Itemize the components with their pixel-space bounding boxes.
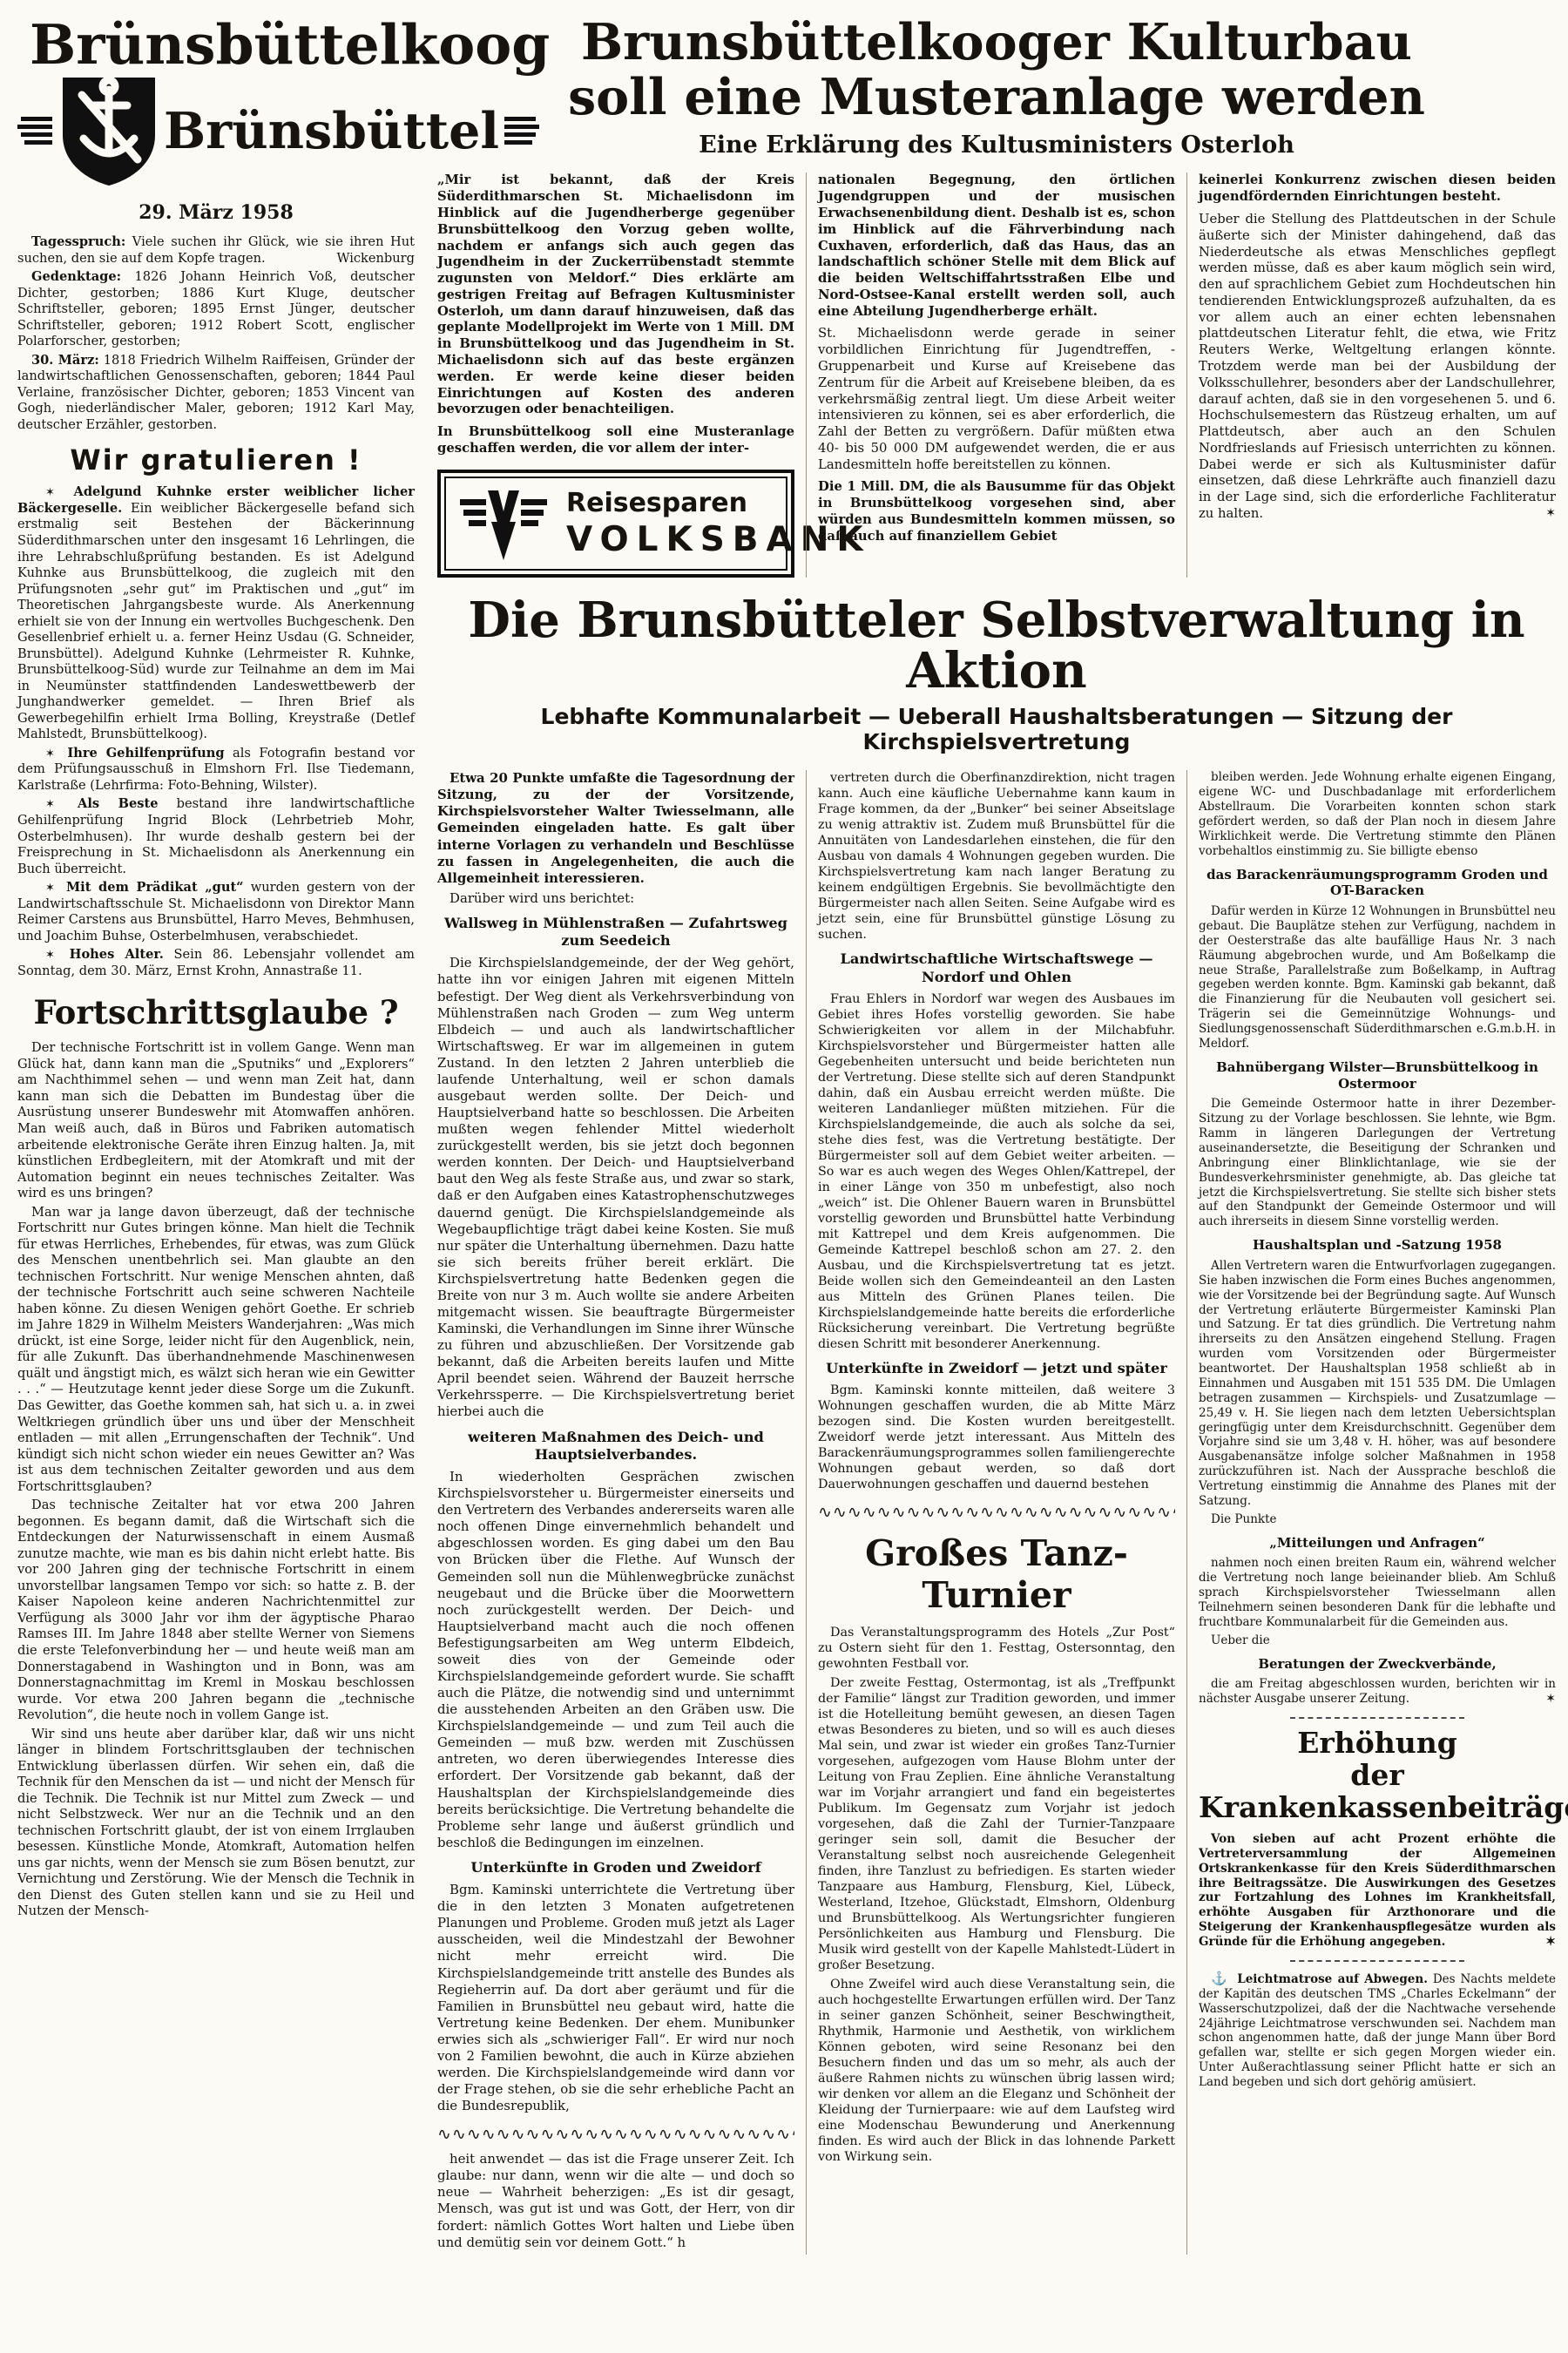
- section-heading-wirtschaftswege: Landwirtschaftliche Wirtschaftswege — No…: [823, 950, 1170, 986]
- article1-paragraph: „Mir ist bekannt, daß der Kreis Süderdit…: [437, 172, 794, 418]
- crest-shield-anchor-icon: [57, 74, 160, 187]
- article2-paragraph: Bgm. Kaminski konnte mitteilen, daß weit…: [818, 1383, 1175, 1492]
- fortschritt-paragraph: Wir sind uns heute aber darüber klar, da…: [17, 1727, 415, 1920]
- article1-paragraph: Die 1 Mill. DM, die als Bausumme für das…: [818, 479, 1175, 544]
- article1-paragraph: Ueber die Stellung des Plattdeutschen in…: [1199, 212, 1556, 523]
- gratulieren-item: ✶ Mit dem Prädikat „gut“ wurden gestern …: [17, 880, 415, 944]
- dashed-divider: [1290, 1960, 1464, 1962]
- section-heading-zweckverbaende: Beratungen der Zweckverbände,: [1204, 1656, 1551, 1673]
- article2-paragraph: nahmen noch einen breiten Raum ein, währ…: [1199, 1556, 1556, 1629]
- tagesspruch-author: Wickenburg: [322, 251, 415, 267]
- main-area: Brunsbüttelkooger Kulturbau soll eine Mu…: [437, 16, 1556, 2255]
- tanz-paragraph: Das Veranstaltungsprogramm des Hotels „Z…: [818, 1625, 1175, 1672]
- masthead: Brünsbüttelkoog: [17, 17, 415, 187]
- article1-paragraph: St. Michaelisdonn werde gerade in seiner…: [818, 326, 1175, 473]
- article2-col1: Etwa 20 Punkte umfaßte die Tagesordnung …: [437, 770, 806, 2254]
- section-heading-groden-zweidorf: Unterkünfte in Groden und Zweidorf: [443, 1859, 789, 1876]
- article2-headline: Die Brunsbütteler Selbstverwaltung in Ak…: [437, 595, 1556, 698]
- tanz-paragraph: Ohne Zweifel wird auch diese Veranstaltu…: [818, 1977, 1175, 2165]
- article1-paragraph: In Brunsbüttelkoog soll eine Musteranlag…: [437, 424, 794, 457]
- article1-col3: keinerlei Konkurrenz zwischen diesen bei…: [1186, 172, 1556, 577]
- tagesspruch-label: Tagesspruch:: [31, 234, 125, 249]
- article2-subheadline: Lebhafte Kommunalarbeit — Ueberall Haush…: [437, 704, 1556, 754]
- heading-krankenkassen: Erhöhung der Krankenkassenbeiträge: [1199, 1728, 1556, 1824]
- article2-col2: vertreten durch die Oberfinanzdirektion,…: [806, 770, 1186, 2254]
- krankenkassen-paragraph: Von sieben auf acht Prozent erhöhte die …: [1199, 1832, 1556, 1950]
- section-heading-bahnuebergang: Bahnübergang Wilster—Brunsbüttelkoog in …: [1204, 1059, 1551, 1092]
- section-heading-zweidorf: Unterkünfte in Zweidorf — jetzt und spät…: [823, 1360, 1170, 1377]
- article-end-star-icon: ✶: [1545, 506, 1556, 522]
- fortschritt-paragraph: Man war ja lange davon überzeugt, daß de…: [17, 1205, 415, 1496]
- gratulieren-item: ✶ Ihre Gehilfenprüfung als Fotografin be…: [17, 746, 415, 794]
- article2-paragraph: Die Gemeinde Ostermoor hatte in ihrer De…: [1199, 1097, 1556, 1229]
- star-icon: ✶: [31, 747, 55, 762]
- wave-divider: ∿∿∿∿∿∿∿∿∿∿∿∿∿∿∿∿∿∿∿∿∿∿∿∿∿∿∿∿∿∿∿∿: [818, 1503, 1175, 1522]
- gedenktage: Gedenktage: 1826 Johann Heinrich Voß, de…: [17, 269, 415, 350]
- flourish-left-icon: [17, 112, 54, 150]
- article1-columns: „Mir ist bekannt, daß der Kreis Süderdit…: [437, 172, 1556, 577]
- heading-fortschrittsglaube: Fortschrittsglaube ?: [17, 993, 415, 1031]
- volksbank-v-logo-icon: [458, 487, 549, 560]
- anchor-icon: ⚓: [1211, 1971, 1228, 1986]
- fortschritt-paragraph: Das technische Zeitalter hat vor etwa 20…: [17, 1498, 415, 1723]
- article2-paragraph: Allen Vertretern waren die Entwurfvorlag…: [1199, 1259, 1556, 1509]
- tagesspruch: Tagesspruch: Viele suchen ihr Glück, wie…: [17, 234, 415, 267]
- heading-tanz-turnier: Großes Tanz-Turnier: [818, 1532, 1175, 1616]
- issue-date: 29. März 1958: [17, 201, 415, 224]
- article2-note: Die Punkte: [1199, 1512, 1556, 1527]
- gratulieren-item: ✶ Hohes Alter. Sein 86. Lebensjahr volle…: [17, 947, 415, 979]
- article2-paragraph: In wiederholten Gesprächen zwischen Kirc…: [437, 1469, 794, 1851]
- gratulieren-item: ✶ Als Beste bestand ihre landwirtschaftl…: [17, 796, 415, 877]
- article2-note: Ueber die: [1199, 1633, 1556, 1648]
- section-heading-haushaltsplan: Haushaltsplan und -Satzung 1958: [1204, 1237, 1551, 1254]
- article1-paragraph: nationalen Begegnung, den örtlichen Juge…: [818, 172, 1175, 320]
- newspaper-page: Brünsbüttelkoog: [0, 0, 1568, 2353]
- masthead-title-line1: Brünsbüttelkoog: [17, 17, 415, 72]
- article-end-star-icon: ✶: [1533, 1935, 1556, 1951]
- article1-subheadline: Eine Erklärung des Kultusministers Oster…: [437, 132, 1556, 159]
- article2-paragraph: Bgm. Kaminski unterrichtete die Vertretu…: [437, 1882, 794, 2114]
- gedenktage-label: Gedenktage:: [31, 269, 121, 284]
- article2-paragraph: Frau Ehlers in Nordorf war wegen des Aus…: [818, 991, 1175, 1352]
- fortschritt-continuation: heit anwendet — das ist die Frage unsere…: [437, 2151, 794, 2250]
- article2-paragraph: die am Freitag abgeschlossen wurden, ber…: [1199, 1677, 1556, 1707]
- wave-divider: ∿∿∿∿∿∿∿∿∿∿∿∿∿∿∿∿∿∿∿∿∿∿∿∿∿∿∿∿∿∿∿∿: [437, 2125, 794, 2144]
- star-icon: ✶: [31, 882, 55, 896]
- article2-lead: Etwa 20 Punkte umfaßte die Tagesordnung …: [437, 770, 794, 887]
- gedenktage-30-maerz: 30. März: 1818 Friedrich Wilhelm Raiffei…: [17, 353, 415, 434]
- article2-paragraph: bleiben werden. Jede Wohnung erhalte eig…: [1199, 770, 1556, 858]
- star-icon: ✶: [31, 798, 55, 813]
- article2-paragraph: Die Kirchspielslandgemeinde, der der Weg…: [437, 955, 794, 1420]
- article2-paragraph: Dafür werden in Kürze 12 Wohnungen in Br…: [1199, 904, 1556, 1051]
- article2-paragraph: vertreten durch die Oberfinanzdirektion,…: [818, 770, 1175, 943]
- tanz-paragraph: Der zweite Festtag, Ostermontag, ist als…: [818, 1675, 1175, 1973]
- article-end-star-icon: ✶: [1533, 1692, 1556, 1707]
- leichtmatrose-item: ⚓ Leichtmatrose auf Abwegen. Des Nachts …: [1199, 1971, 1556, 2090]
- article1-col2: nationalen Begegnung, den örtlichen Juge…: [806, 172, 1186, 577]
- article1-col1: „Mir ist bekannt, daß der Kreis Süderdit…: [437, 172, 806, 577]
- article2-note: Darüber wird uns berichtet:: [437, 890, 794, 907]
- article1-headline: Brunsbüttelkooger Kulturbau soll eine Mu…: [437, 16, 1556, 125]
- dashed-divider: [1290, 1717, 1464, 1719]
- left-column: Brünsbüttelkoog: [17, 17, 415, 1923]
- heading-wir-gratulieren: Wir gratulieren !: [17, 443, 415, 477]
- volksbank-ad: Reisesparen VOLKSBANK: [437, 470, 794, 578]
- article2-col3: bleiben werden. Jede Wohnung erhalte eig…: [1186, 770, 1556, 2254]
- section-heading-mitteilungen: „Mitteilungen und Anfragen“: [1204, 1535, 1551, 1552]
- fortschritt-paragraph: Der technische Fortschritt ist in vollem…: [17, 1040, 415, 1201]
- section-heading-sielverband: weiteren Maßnahmen des Deich- und Haupts…: [443, 1429, 789, 1464]
- article1-paragraph: keinerlei Konkurrenz zwischen diesen bei…: [1199, 172, 1556, 206]
- section-heading-wallsweg: Wallsweg in Mühlenstraßen — Zufahrtsweg …: [443, 915, 789, 950]
- star-icon: ✶: [31, 486, 55, 501]
- gratulieren-item: ✶ Adelgund Kuhnke erster weiblicher lich…: [17, 484, 415, 743]
- star-icon: ✶: [31, 949, 55, 964]
- article2-columns: Etwa 20 Punkte umfaßte die Tagesordnung …: [437, 770, 1556, 2254]
- section-heading-baracken: das Barackenräumungsprogramm Groden und …: [1204, 867, 1551, 900]
